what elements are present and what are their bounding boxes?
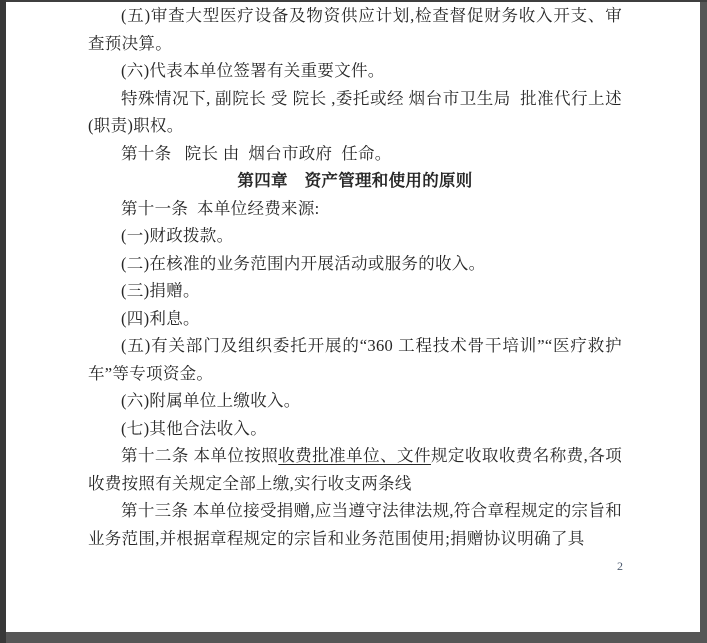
paragraph: 第十一条 本单位经费来源: [88,195,622,223]
text-run: 第十一条 本单位经费来源: [121,199,320,218]
document-page: (五)审查大型医疗设备及物资供应计划,检查督促财务收入开支、审查预决算。(六)代… [6,2,700,632]
chapter-heading: 第四章 资产管理和使用的原则 [88,167,622,195]
text-run: (四)利息。 [121,309,200,328]
text-run: (七)其他合法收入。 [121,419,267,438]
text-run: (五)有关部门及组织委托开展的“360 工程技术骨干培训”“医疗救护车”等专项资… [88,336,622,383]
text-run: 特殊情况下, 副院长 受 院长 ,委托或经 烟台市卫生局 批准代行上述(职责)职… [88,89,622,136]
paragraph: (二)在核准的业务范围内开展活动或服务的收入。 [88,250,622,278]
page-number: 2 [612,558,628,574]
text-run: (五)审查大型医疗设备及物资供应计划,检查督促财务收入开支、审查预决算。 [88,6,622,53]
paragraph: (六)附属单位上缴收入。 [88,387,622,415]
paragraph: (一)财政拨款。 [88,222,622,250]
text-run: (六)附属单位上缴收入。 [121,391,301,410]
text-run: (三)捐赠。 [121,281,200,300]
paragraph: (七)其他合法收入。 [88,415,622,443]
underlined-text-run: 收费批准单位、文件 [278,446,431,465]
paragraph: 第十条 院长 由 烟台市政府 任命。 [88,140,622,168]
paragraph: (三)捐赠。 [88,277,622,305]
text-run: (六)代表本单位签署有关重要文件。 [121,61,385,80]
paragraph: 第十三条 本单位接受捐赠,应当遵守法律法规,符合章程规定的宗旨和业务范围,并根据… [88,497,622,552]
document-viewer: { "colors": { "viewer_background": "#565… [0,0,707,643]
paragraph: (五)有关部门及组织委托开展的“360 工程技术骨干培训”“医疗救护车”等专项资… [88,332,622,387]
text-run: (一)财政拨款。 [121,226,233,245]
paragraph: (六)代表本单位签署有关重要文件。 [88,57,622,85]
text-run: 第十三条 本单位接受捐赠,应当遵守法律法规,符合章程规定的宗旨和业务范围,并根据… [88,501,622,548]
text-run: 第十二条 本单位按照 [121,446,278,465]
paragraph: (五)审查大型医疗设备及物资供应计划,检查督促财务收入开支、审查预决算。 [88,2,622,57]
paragraph: 特殊情况下, 副院长 受 院长 ,委托或经 烟台市卫生局 批准代行上述(职责)职… [88,85,622,140]
paragraph: (四)利息。 [88,305,622,333]
document-body: (五)审查大型医疗设备及物资供应计划,检查督促财务收入开支、审查预决算。(六)代… [88,2,622,552]
text-run: 第十条 院长 由 烟台市政府 任命。 [121,144,392,163]
text-run: 第四章 资产管理和使用的原则 [237,171,472,190]
paragraph: 第十二条 本单位按照收费批准单位、文件规定收取收费名称费,各项收费按照有关规定全… [88,442,622,497]
text-run: (二)在核准的业务范围内开展活动或服务的收入。 [121,254,485,273]
